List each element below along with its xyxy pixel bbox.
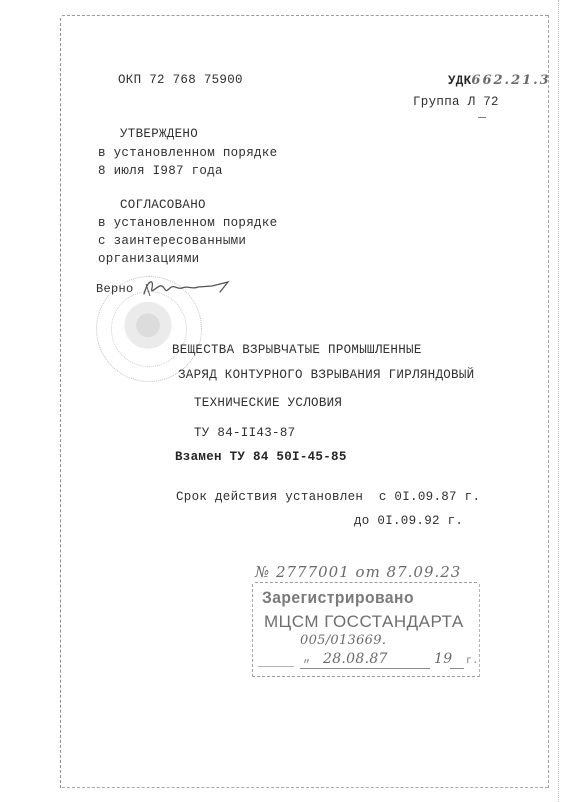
agreement-line-3: организациями [98,252,199,266]
certified-label: Верно [96,282,134,296]
registration-underline [255,582,477,583]
agreement-title: СОГЛАСОВАНО [120,198,206,212]
udk-value: 662.21.3 [471,73,550,88]
registration-handwritten-number: № 2777001 от 87.09.23 [255,563,461,581]
group-underline [478,117,486,118]
agreement-line-1: в установленном порядке [98,216,277,230]
approval-line-2: 8 июля I987 года [98,164,223,178]
stamp-year-line [450,668,464,669]
document-title-line-1: ВЕЩЕСТВА ВЗРЫВЧАТЫЕ ПРОМЫШЛЕННЫЕ [172,343,422,357]
stamp-year: 19 [434,651,452,667]
agreement-line-2: с заинтересованными [98,234,246,248]
group-code: Группа Л 72 [413,95,499,109]
approval-line-1: в установленном порядке [98,146,277,160]
stamp-quote-mark: „ [303,651,311,665]
stamp-year-suffix: г. [466,656,479,667]
page-border-right [548,15,549,788]
state-emblem-icon [123,301,173,355]
stamp-blank-line [258,666,294,667]
stamp-organization: МЦСМ ГОССТАНДАРТА [264,612,464,632]
specification-code: ТУ 84-II43-87 [194,426,295,440]
stamp-registration-number: 005/013669. [300,633,386,648]
page-border-bottom [62,787,548,788]
udk-code: УДК662.21.3 [448,73,551,88]
okp-code: ОКП 72 768 75900 [118,73,243,87]
page-border-top [62,15,548,16]
stamp-date-line [300,668,430,669]
page-border-left [60,18,61,788]
scan-edge-line [558,0,559,802]
udk-label: УДК [448,74,471,88]
validity-end: до 0I.09.92 г. [354,514,463,528]
validity-start: Срок действия установлен с 0I.09.87 г. [176,490,480,504]
approval-title: УТВЕРЖДЕНО [120,127,198,141]
replaces-specification: Взамен ТУ 84 50I-45-85 [175,450,347,464]
document-title-line-2: ЗАРЯД КОНТУРНОГО ВЗРЫВАНИЯ ГИРЛЯНДОВЫЙ [178,368,474,382]
document-subtitle: ТЕХНИЧЕСКИЕ УСЛОВИЯ [194,396,342,410]
stamp-date: 28.08.87 [323,651,388,667]
signature-icon [140,276,232,302]
stamp-title: Зарегистрировано [262,588,414,608]
